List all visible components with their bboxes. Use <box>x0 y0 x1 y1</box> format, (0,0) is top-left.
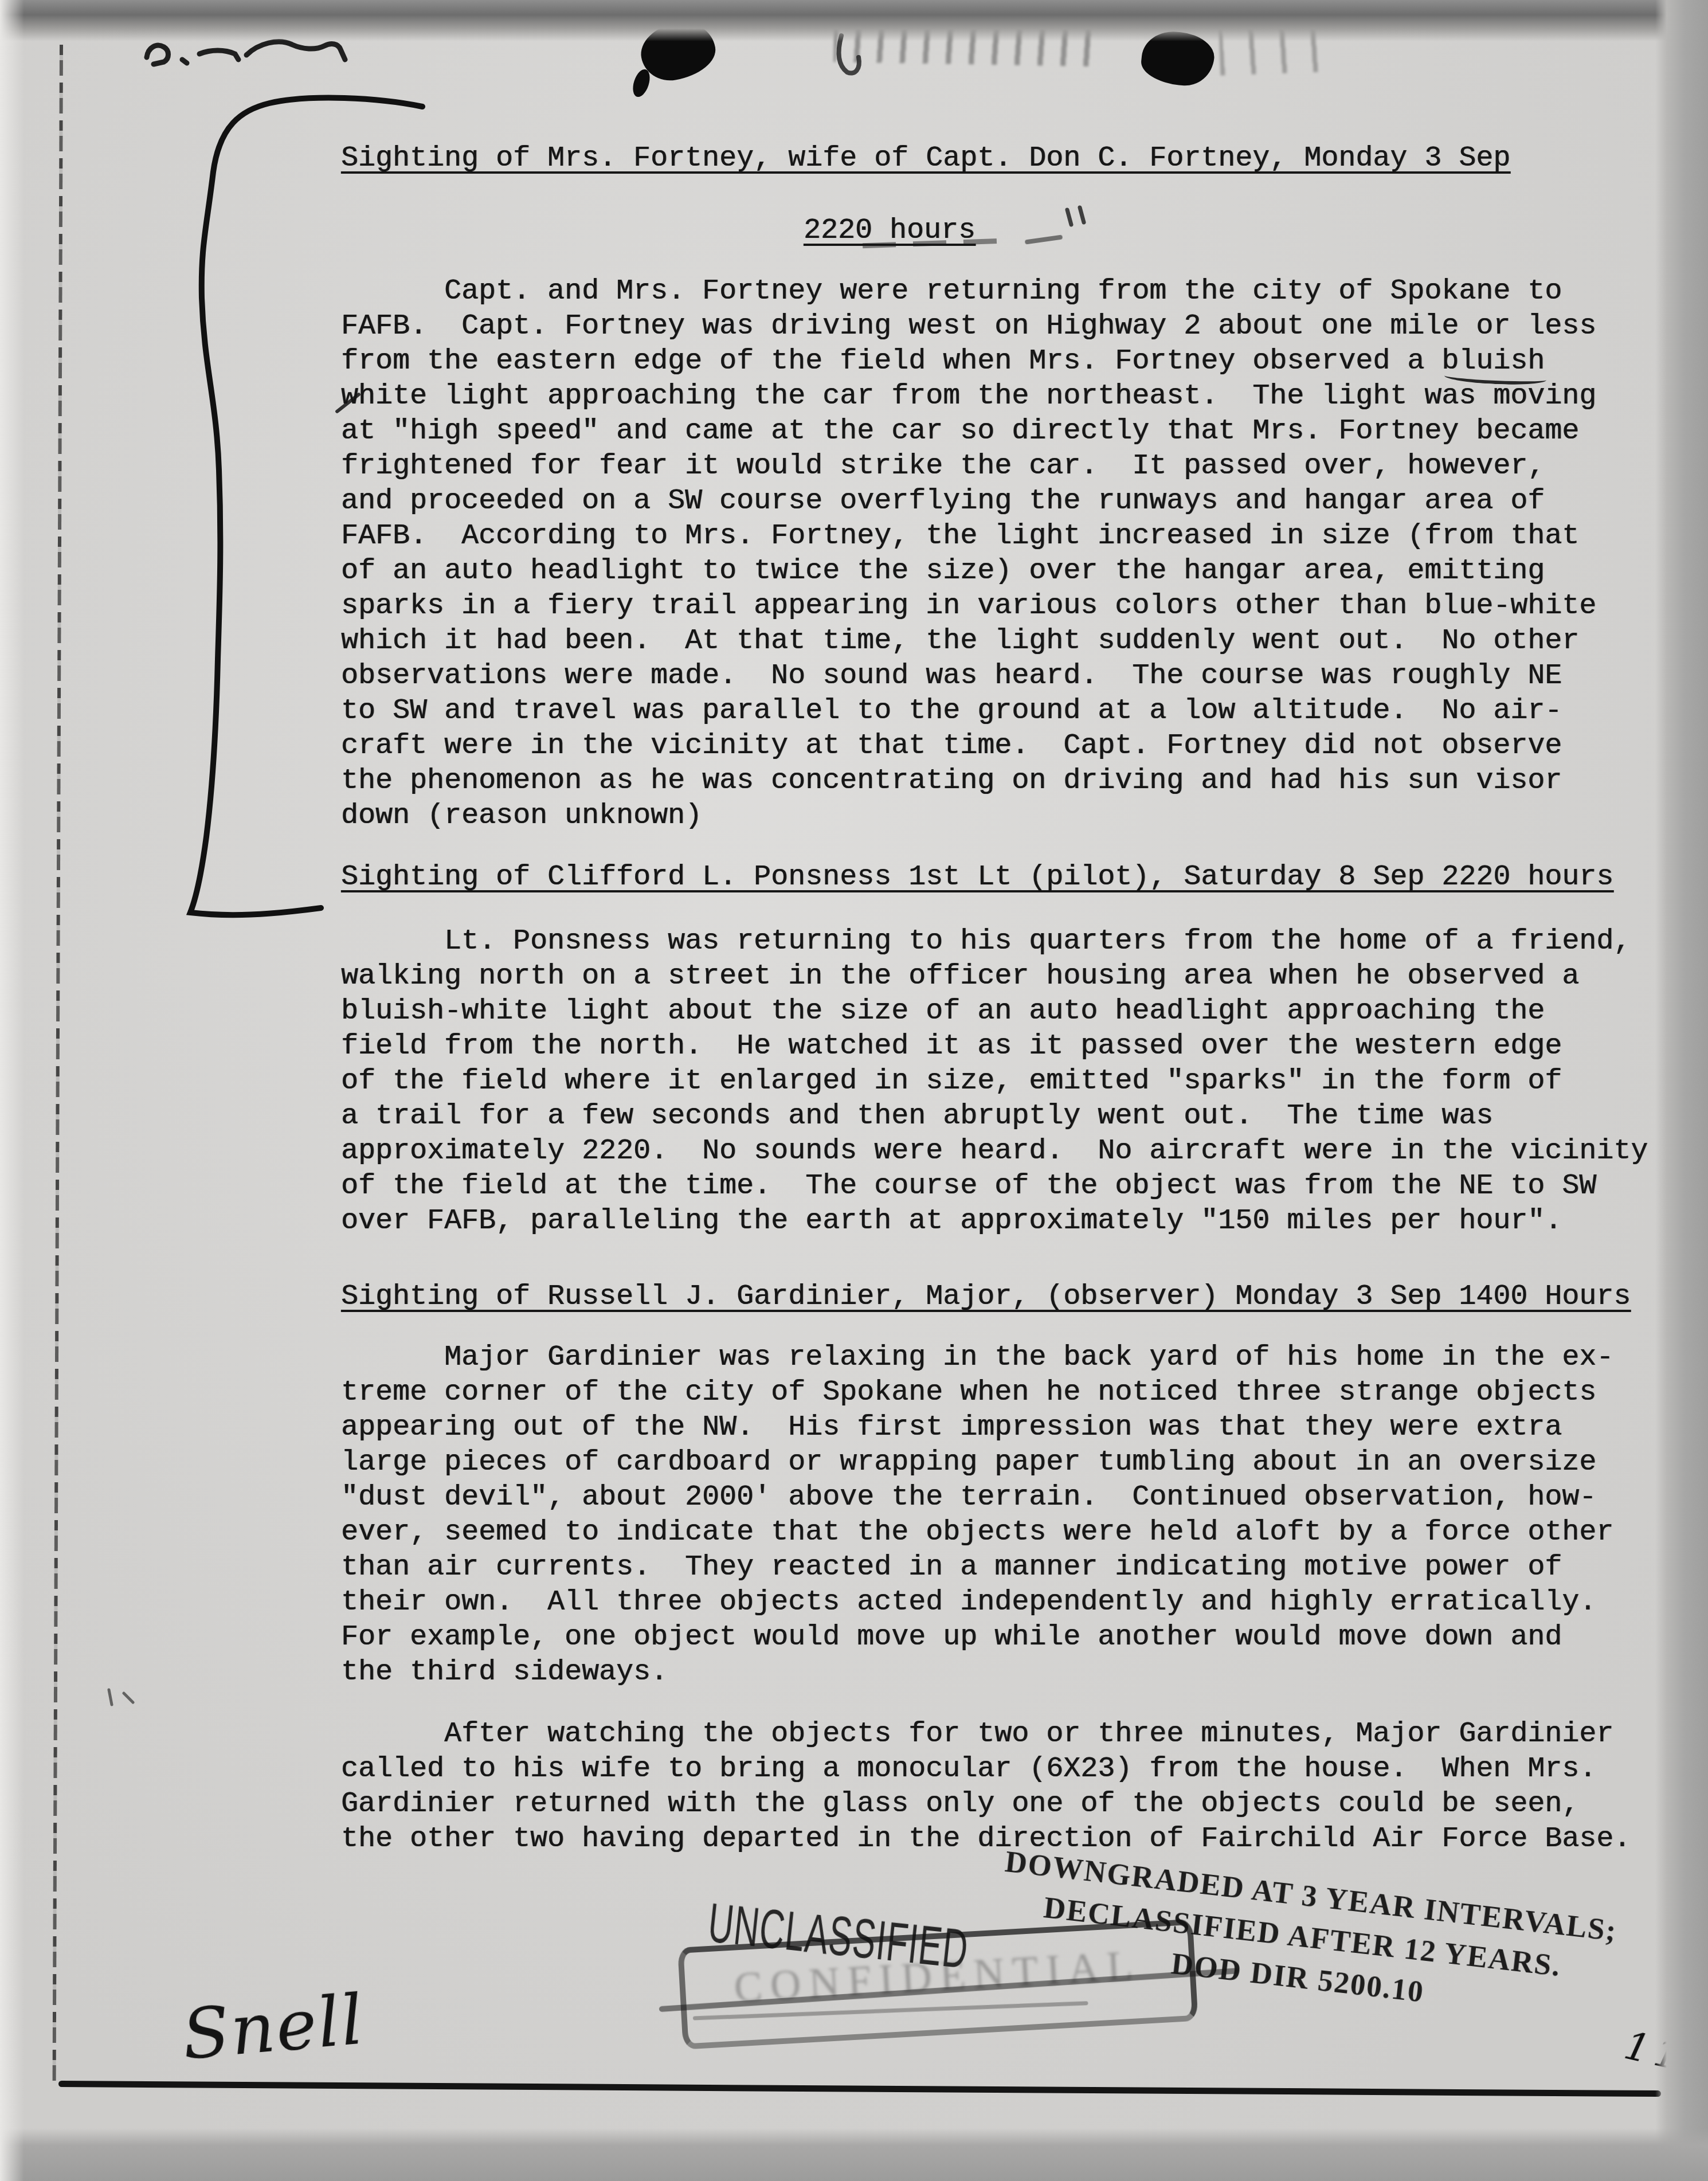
section-2-heading: Sighting of Clifford L. Ponsness 1st Lt … <box>341 860 1613 895</box>
pencil-dash-mark <box>1025 234 1063 244</box>
scanned-document-page: Sighting of Mrs. Fortney, wife of Capt. … <box>0 0 1708 2181</box>
scribble-marks <box>147 42 345 64</box>
section-2-body: Lt. Ponsness was returning to his quarte… <box>341 924 1648 1239</box>
quote-marks <box>1067 207 1084 225</box>
handwritten-signature: Snell <box>179 1980 367 2075</box>
section-3-heading: Sighting of Russell J. Gardinier, Major,… <box>341 1279 1631 1314</box>
section-3-body-continued: After watching the objects for two or th… <box>341 1717 1631 1857</box>
margin-ticks <box>109 1690 133 1705</box>
scan-edge-right <box>1655 0 1708 2181</box>
section-1-body: Capt. and Mrs. Fortney were returning fr… <box>341 274 1596 833</box>
scan-edge-bottom <box>0 2128 1708 2181</box>
page-edge-line <box>58 2081 1661 2097</box>
section-3-body: Major Gardinier was relaxing in the back… <box>341 1340 1613 1690</box>
section-1-heading: Sighting of Mrs. Fortney, wife of Capt. … <box>341 141 1510 176</box>
margin-rule <box>53 45 63 2085</box>
scan-edge-top <box>0 0 1708 41</box>
scan-edge-left <box>0 0 24 2181</box>
